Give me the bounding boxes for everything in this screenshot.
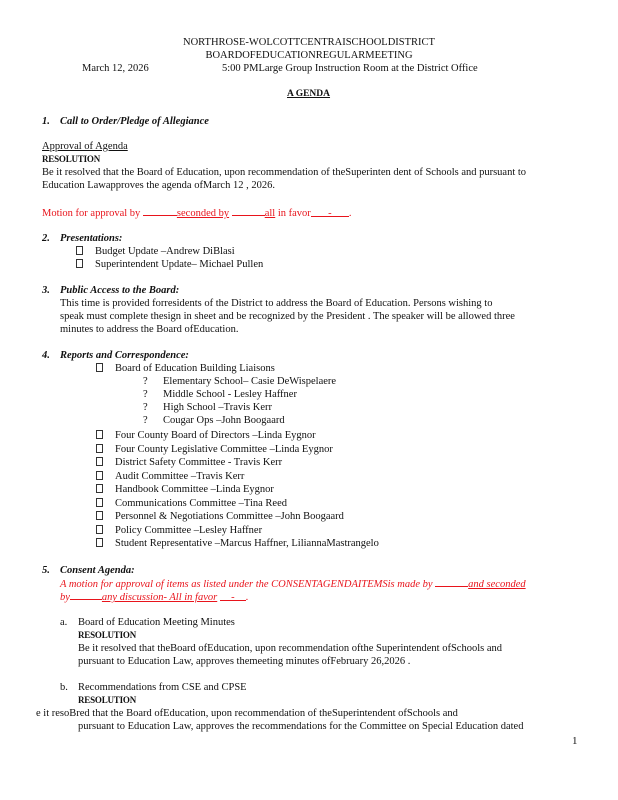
resolution-text-line: Be it resolved that the Board of Educati… <box>42 166 526 179</box>
consent-item-title: Board of Education Meeting Minutes <box>78 617 235 628</box>
sub-list-item: ?Middle School - Lesley Haffner <box>143 388 297 401</box>
consent-item-a: a.Board of Education Meeting Minutes <box>60 616 235 629</box>
question-bullet-icon: ? <box>143 388 157 401</box>
vote-dash: - <box>231 592 235 603</box>
question-bullet-icon: ? <box>143 414 157 427</box>
list-item-text: Policy Committee –Lesley Haffner <box>115 525 262 536</box>
resolution-label: RESOLUTION <box>78 629 136 642</box>
consent-seconded-label: and seconded <box>468 579 525 590</box>
motion-for-approval: Motion for approval by seconded by all i… <box>42 206 351 220</box>
page-number: 1 <box>572 735 578 748</box>
section-1-heading: 1.Call to Order/Pledge of Allegiance <box>42 115 209 128</box>
list-item: District Safety Committee - Travis Kerr <box>96 456 282 469</box>
sub-list-item: ?High School –Travis Kerr <box>143 401 272 414</box>
section-number: 2. <box>42 232 60 245</box>
section-number: 1. <box>42 115 60 128</box>
bullet-icon <box>96 484 103 493</box>
meeting-title: BOARDOFEDUCATIONREGULARMEETING <box>0 49 618 62</box>
list-item: Personnel & Negotiations Committee –John… <box>96 510 344 523</box>
resolution-text-line: Be it resolved that theBoard ofEducation… <box>78 642 502 655</box>
list-item: Policy Committee –Lesley Haffner <box>96 524 262 537</box>
sub-list-item-text: Middle School - Lesley Haffner <box>163 389 297 400</box>
list-item-text: Board of Education Building Liaisons <box>115 363 275 374</box>
sub-list-item: ?Cougar Ops –John Boogaard <box>143 414 285 427</box>
section-title: Reports and Correspondence: <box>60 350 189 361</box>
list-item-text: Audit Committee –Travis Kerr <box>115 471 244 482</box>
consent-vote-blank[interactable]: - <box>220 591 246 601</box>
resolution-text-line: pursuant to Education Law, approves them… <box>78 655 410 668</box>
list-item: Handbook Committee –Linda Eygnor <box>96 483 274 496</box>
bullet-icon <box>96 498 103 507</box>
district-name: NORTHROSE-WOLCOTTCENTRAISCHOOLDISTRICT <box>0 36 618 49</box>
list-item: Student Representative –Marcus Haffner, … <box>96 537 379 550</box>
list-item: Four County Board of Directors –Linda Ey… <box>96 429 316 442</box>
seconded-by-blank[interactable] <box>232 206 265 216</box>
motion-prefix: Motion for approval by <box>42 208 140 219</box>
section-3-heading: 3.Public Access to the Board: <box>42 284 179 297</box>
motion-end: . <box>349 208 352 219</box>
motion-by-blank[interactable] <box>143 206 177 216</box>
consent-discussion-label: any discussion- All in favor <box>102 592 217 603</box>
motion-seconded-label: seconded by <box>177 208 229 219</box>
bullet-icon <box>96 457 103 466</box>
public-access-text-line: This time is provided forresidents of th… <box>60 297 492 310</box>
bullet-icon <box>76 259 83 268</box>
vote-dash: - <box>328 208 332 219</box>
sub-list-item: ?Elementary School– Casie DeWispelaere <box>143 375 336 388</box>
list-item: Communications Committee –Tina Reed <box>96 497 287 510</box>
resolution-text-line: pursuant to Education Law, approves the … <box>78 720 523 733</box>
list-item-text: Personnel & Negotiations Committee –John… <box>115 511 344 522</box>
resolution-text-line: e it resoBred that the Board ofEducation… <box>36 707 458 720</box>
resolution-label: RESOLUTION <box>78 694 136 707</box>
consent-item-title: Recommendations from CSE and CPSE <box>78 682 247 693</box>
section-title: Consent Agenda: <box>60 565 135 576</box>
item-letter: b. <box>60 681 78 694</box>
list-item: Budget Update –Andrew DiBlasi <box>76 245 235 258</box>
section-title: Public Access to the Board: <box>60 285 179 296</box>
agenda-title: A GENDA <box>287 88 330 101</box>
section-5-heading: 5.Consent Agenda: <box>42 564 135 577</box>
bullet-icon <box>76 246 83 255</box>
resolution-text-line: Education Lawapproves the agenda ofMarch… <box>42 179 275 192</box>
list-item-text: Handbook Committee –Linda Eygnor <box>115 484 274 495</box>
consent-motion-prefix: A motion for approval of items as listed… <box>60 579 433 590</box>
bullet-icon <box>96 471 103 480</box>
sub-list-item-text: Cougar Ops –John Boogaard <box>163 415 285 426</box>
list-item-text: Student Representative –Marcus Haffner, … <box>115 538 379 549</box>
motion-in-favor-label: in favor <box>275 208 311 219</box>
meeting-time-location: 5:00 PMLarge Group Instruction Room at t… <box>222 62 478 75</box>
section-number: 5. <box>42 564 60 577</box>
motion-all-label: all <box>265 208 276 219</box>
bullet-icon <box>96 525 103 534</box>
public-access-text-line: minutes to address the Board ofEducation… <box>60 323 238 336</box>
list-item: Audit Committee –Travis Kerr <box>96 470 244 483</box>
list-item-text: Budget Update –Andrew DiBlasi <box>95 246 235 257</box>
list-item-text: Communications Committee –Tina Reed <box>115 498 287 509</box>
section-4-heading: 4.Reports and Correspondence: <box>42 349 189 362</box>
section-number: 4. <box>42 349 60 362</box>
bullet-icon <box>96 363 103 372</box>
consent-made-by-blank[interactable] <box>435 577 468 587</box>
consent-item-b: b.Recommendations from CSE and CPSE <box>60 681 247 694</box>
question-bullet-icon: ? <box>143 375 157 388</box>
list-item-text: Superintendent Update– Michael Pullen <box>95 259 263 270</box>
section-title: Call to Order/Pledge of Allegiance <box>60 116 209 127</box>
sub-list-item-text: High School –Travis Kerr <box>163 402 272 413</box>
list-item: Board of Education Building Liaisons <box>96 362 275 375</box>
bullet-icon <box>96 444 103 453</box>
in-favor-vote-blank[interactable]: - <box>311 207 349 217</box>
public-access-text-line: speak must complete thesign in sheet and… <box>60 310 515 323</box>
resolution-label: RESOLUTION <box>42 153 100 166</box>
consent-by-label: by <box>60 592 70 603</box>
list-item: Superintendent Update– Michael Pullen <box>76 258 263 271</box>
list-item: Four County Legislative Committee –Linda… <box>96 443 333 456</box>
section-2-heading: 2.Presentations: <box>42 232 122 245</box>
list-item-text: Four County Board of Directors –Linda Ey… <box>115 430 316 441</box>
question-bullet-icon: ? <box>143 401 157 414</box>
bullet-icon <box>96 538 103 547</box>
list-item-text: Four County Legislative Committee –Linda… <box>115 444 333 455</box>
bullet-icon <box>96 430 103 439</box>
section-title: Presentations: <box>60 233 122 244</box>
section-number: 3. <box>42 284 60 297</box>
consent-motion-line: byany discussion- All in favor -. <box>60 590 248 604</box>
consent-motion-end: . <box>246 592 249 603</box>
item-letter: a. <box>60 616 78 629</box>
approval-of-agenda-heading: Approval of Agenda <box>42 140 128 153</box>
consent-seconded-by-blank[interactable] <box>70 590 102 600</box>
meeting-date: March 12, 2026 <box>82 62 149 75</box>
bullet-icon <box>96 511 103 520</box>
list-item-text: District Safety Committee - Travis Kerr <box>115 457 282 468</box>
sub-list-item-text: Elementary School– Casie DeWispelaere <box>163 376 336 387</box>
